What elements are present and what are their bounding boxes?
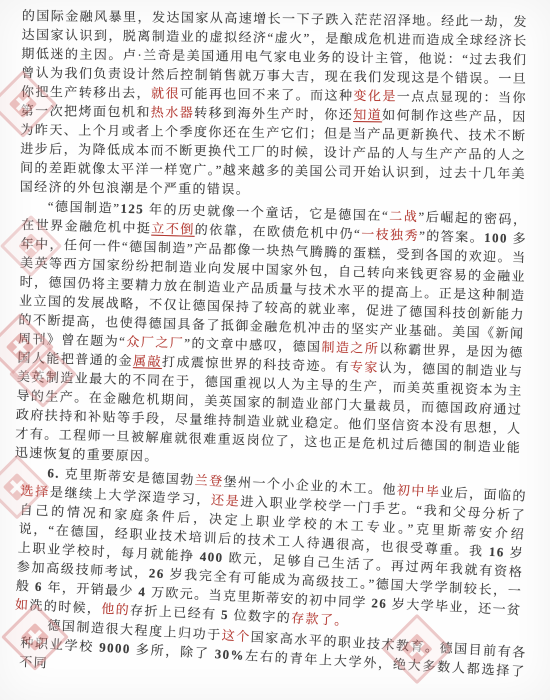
red-marked-text: 一枝独秀	[361, 226, 419, 243]
scanned-document-page: 的国际金融风暴里，发达国家从高速增长一下子跌入茫茫沼泽地。经此一劫，发达国家认识…	[0, 0, 550, 700]
text-segment: ”的文章中感叹，德国	[184, 336, 322, 355]
red-marked-text: 制造之所	[321, 339, 379, 356]
red-marked-text: 立不倒	[151, 221, 195, 237]
page-text: 的国际金融风暴里，发达国家从高速增长一下子跌入茫茫沼泽地。经此一劫，发达国家认识…	[22, 6, 528, 671]
text-segment: 进入职业学校学一门手艺。“我和父母分析了自己的情况和家庭条件后，决定上职业学校的…	[16, 494, 527, 618]
text-segment: 业后，面临的	[440, 484, 527, 503]
text-segment: ”的答案。100 多年中，任何一件“德国制造”产品都像一块热气腾腾的蛋糕，受到各…	[18, 228, 527, 349]
paragraph: “德国制造”125 年的历史就像一个童话，它是德国在“二战”后崛起的密码，在世界…	[15, 196, 528, 476]
red-marked-text: 存款了。	[291, 610, 349, 628]
red-marked-text: 众厂之厂	[126, 334, 184, 351]
paragraph: 的国际金融风暴里，发达国家从高速增长一下子跌入茫茫沼泽地。经此一劫，发达国家认识…	[20, 6, 528, 202]
red-marked-text: 初中毕	[397, 482, 441, 499]
red-marked-text: 二战	[389, 208, 419, 224]
text-segment: 国家高水平的职业技术教育。德国目前有各种职业学校 9000 多所，除了 30%左…	[19, 629, 527, 679]
text-segment: 转移到海外生产时，你还	[194, 105, 353, 122]
red-marked-text: 这个	[221, 628, 251, 645]
red-marked-text: 还是	[211, 492, 241, 508]
red-marked-text: 知道	[353, 107, 382, 122]
text-segment: 打成震惊世界的科技奇迹。有	[162, 354, 350, 374]
paragraph: 6. 克里斯蒂安是德国勃兰登堡州一个小企业的木工。他初中毕业后，面临的选择是继续…	[15, 462, 528, 639]
text-segment: 可能再也回不来了。而这种	[180, 86, 354, 103]
red-marked-text: 属敲	[133, 353, 162, 369]
red-marked-text: 如	[15, 597, 30, 613]
text-segment: 洗的时候，	[29, 598, 102, 617]
red-marked-text: 兰登	[194, 472, 224, 488]
text-segment: 认为，德国的制造业与美英制造业最大的不同在于，德国重视以人为主导的生产，而美英重…	[15, 360, 524, 464]
text-segment: 的依靠，在欧债危机中仍“	[195, 222, 362, 242]
text-segment: 6. 克里斯蒂安是德国勃	[47, 465, 195, 487]
red-marked-text: 变化是	[353, 88, 397, 104]
red-marked-text: 专家	[350, 359, 379, 375]
red-marked-text: 就很	[151, 86, 180, 101]
red-marked-text: 选择	[20, 483, 50, 499]
red-marked-text: 他的	[101, 601, 131, 617]
red-marked-text: 热水器	[151, 105, 195, 121]
